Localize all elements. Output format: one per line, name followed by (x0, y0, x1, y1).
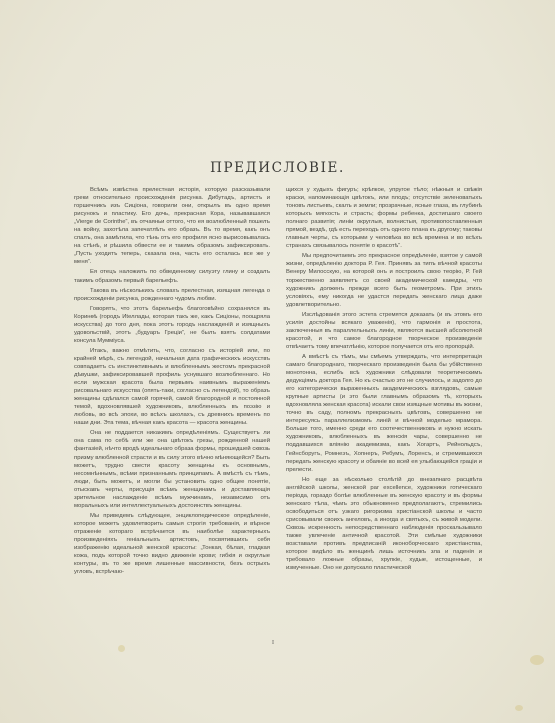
left-column: Всѣмъ извѣстна прелестная исторія, котор… (74, 186, 270, 578)
paragraph: Итакъ, важно отмѣтить, что, согласно съ … (74, 347, 270, 427)
paragraph: Мы приведемъ слѣдующее, энциклопедическо… (74, 512, 270, 576)
page-number: I (272, 640, 274, 646)
right-column: щихся у худыхъ фигуръ; крѣпкое, упругое … (286, 186, 482, 574)
paragraph: А вмѣстѣ съ тѣмъ, мы смѣемъ утверждать, … (286, 353, 482, 474)
paper-stain (118, 645, 125, 652)
paper-stain (530, 655, 544, 665)
paragraph: Такова въ нѣсколькихъ словахъ прелестная… (74, 287, 270, 303)
page-title: ПРЕДИСЛОВІЕ. (0, 160, 555, 176)
paragraph: Она не поддается никакимъ опредѣленіямъ.… (74, 429, 270, 509)
book-page: ПРЕДИСЛОВІЕ. Всѣмъ извѣстна прелестная и… (0, 0, 555, 723)
paragraph: Мы предпочитаемъ это прекрасное опредѣле… (286, 252, 482, 308)
paper-stain (515, 705, 523, 711)
paragraph: щихся у худыхъ фигуръ; крѣпкое, упругое … (286, 186, 482, 250)
paragraph: Говорятъ, что этотъ барельефъ благоговѣй… (74, 305, 270, 345)
paragraph: Ея отецъ наложилъ по обведенному силуэту… (74, 268, 270, 284)
paragraph: Всѣмъ извѣстна прелестная исторія, котор… (74, 186, 270, 266)
paragraph: Но еще за нѣсколько столѣтій до внезапна… (286, 476, 482, 573)
paragraph: Изслѣдованія этого эстета стремятся дока… (286, 311, 482, 351)
